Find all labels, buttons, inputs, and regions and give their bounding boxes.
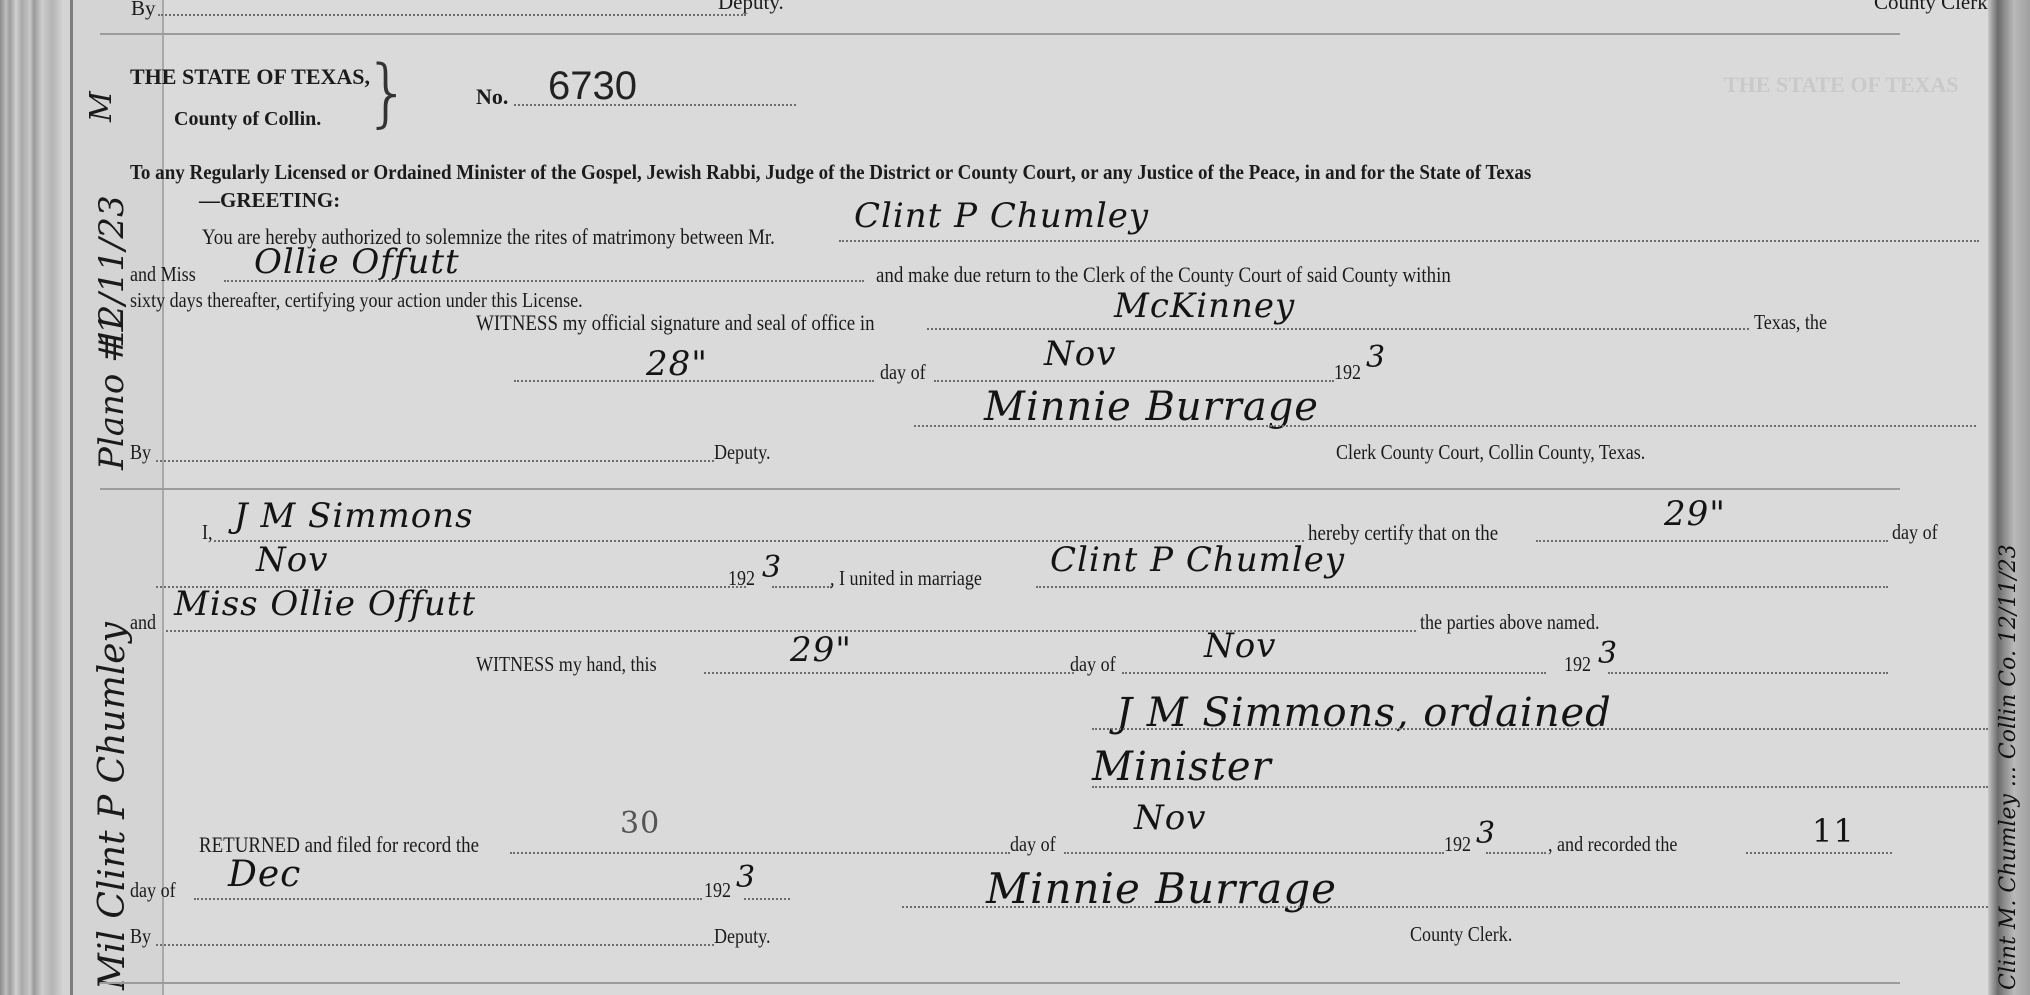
license-number: 6730 xyxy=(548,64,637,109)
book-binding-left xyxy=(0,0,62,995)
return-by-line xyxy=(156,944,714,946)
texas-the-label: Texas, the xyxy=(1754,310,1827,335)
filed-year-prefix: 192 xyxy=(1444,832,1471,857)
certificate-bride-name: Miss Ollie Offutt xyxy=(174,584,476,624)
record-page: By Deputy. County Clerk. THE STATE OF TE… xyxy=(164,0,1988,995)
return-by-label: By xyxy=(130,924,151,949)
bleed-through-text: THE STATE OF TEXAS xyxy=(1724,72,1959,98)
issue-year-prefix: 192 xyxy=(1334,360,1361,385)
filed-year-digit: 3 xyxy=(1476,816,1496,851)
return-clerk-line xyxy=(902,906,1988,908)
recorded-day: 11 xyxy=(1812,812,1855,850)
recorded-month: Dec xyxy=(228,854,301,895)
return-deputy-label: Deputy. xyxy=(714,924,771,949)
number-label: No. xyxy=(476,84,508,110)
filed-day-line xyxy=(510,852,1010,854)
clerk-signature-license: Minnie Burrage xyxy=(984,384,1319,430)
groom-name: Clint P Chumley xyxy=(854,196,1149,236)
marriage-year-digit: 3 xyxy=(762,550,782,585)
greeting: —GREETING: xyxy=(199,188,340,213)
recorded-year-digit: 3 xyxy=(736,860,756,895)
issue-day-of-label: day of xyxy=(880,360,926,385)
address-line: To any Regularly Licensed or Ordained Mi… xyxy=(130,160,1531,185)
officiant-signature-line2: Minister xyxy=(1092,744,1272,790)
section-divider xyxy=(100,33,1900,35)
prior-clerk-label: County Clerk. xyxy=(1874,0,1993,15)
office-city: McKinney xyxy=(1114,286,1295,326)
groom-line xyxy=(839,240,1979,242)
certificate-groom-line xyxy=(1036,586,1888,588)
return-text: and make due return to the Clerk of the … xyxy=(876,262,1451,288)
and-label: and xyxy=(130,610,156,635)
margin-rule xyxy=(70,0,73,995)
recorded-day-line xyxy=(1746,852,1892,854)
marriage-year-prefix: 192 xyxy=(728,566,755,591)
and-miss-label: and Miss xyxy=(130,262,196,287)
issue-month-line xyxy=(934,380,1334,382)
officiant-name: J M Simmons xyxy=(234,496,474,536)
issue-day: 28" xyxy=(646,344,708,384)
witness-day-line xyxy=(704,672,1074,674)
witness-office-text: WITNESS my official signature and seal o… xyxy=(476,310,875,336)
witness-month: Nov xyxy=(1204,626,1276,666)
license-deputy-label: Deputy. xyxy=(714,440,771,465)
right-edge-note: Clint M. Chumley ... Collin Co. 12/11/23 xyxy=(1996,544,2021,990)
marriage-month: Nov xyxy=(256,540,328,580)
state-header: THE STATE OF TEXAS, xyxy=(130,64,370,90)
marriage-year-line xyxy=(772,586,832,588)
county-header: County of Collin. xyxy=(174,108,321,131)
filed-day-of-label: day of xyxy=(1010,832,1056,857)
recorded-text: , and recorded the xyxy=(1548,832,1677,857)
recorded-year-line xyxy=(744,898,790,900)
recorded-month-line xyxy=(194,898,702,900)
officiant-signature-rule1 xyxy=(1092,728,1988,730)
prior-deputy-label: Deputy. xyxy=(718,0,784,15)
prior-by-line xyxy=(158,14,746,16)
filed-month-line xyxy=(1064,852,1444,854)
margin-note-name: Mil Clint P Chumley xyxy=(92,622,133,990)
i-label: I, xyxy=(202,520,213,545)
brace-glyph: } xyxy=(364,50,411,136)
witness-day: 29" xyxy=(790,630,852,670)
united-text: , I united in marriage xyxy=(830,566,982,591)
witness-hand-text: WITNESS my hand, this xyxy=(476,652,657,677)
witness-year-digit: 3 xyxy=(1598,636,1618,671)
section-divider xyxy=(100,488,1900,490)
marriage-day-of-label: day of xyxy=(1892,520,1938,545)
witness-day-of-label: day of xyxy=(1070,652,1116,677)
officiant-signature-rule2 xyxy=(1092,786,1988,788)
witness-year-line xyxy=(1608,672,1888,674)
filed-year-line xyxy=(1486,852,1546,854)
license-by-line xyxy=(156,460,714,462)
marriage-day-line xyxy=(1536,540,1888,542)
filed-month: Nov xyxy=(1134,798,1206,838)
clerk-signature-line xyxy=(914,425,1976,427)
issue-year-digit: 3 xyxy=(1366,340,1386,375)
section-divider xyxy=(100,982,1900,984)
witness-year-prefix: 192 xyxy=(1564,652,1591,677)
clerk-title: Clerk County Court, Collin County, Texas… xyxy=(1336,440,1645,465)
margin-note-top-fragment: M xyxy=(84,91,119,122)
bride-name: Ollie Offutt xyxy=(254,242,460,282)
marriage-day: 29" xyxy=(1664,494,1726,534)
issue-month: Nov xyxy=(1044,334,1116,374)
witness-month-line xyxy=(1122,672,1546,674)
return-clerk-label: County Clerk. xyxy=(1410,922,1512,947)
margin-note-location: Plano #1 xyxy=(92,313,132,470)
certificate-groom-name: Clint P Chumley xyxy=(1050,540,1345,580)
license-by-label: By xyxy=(130,440,151,465)
office-line xyxy=(927,328,1749,330)
recorded-year-prefix: 192 xyxy=(704,878,731,903)
parties-text: the parties above named. xyxy=(1420,610,1600,635)
recorded-day-of-label: day of xyxy=(130,878,176,903)
filed-day: 30 xyxy=(620,806,660,841)
prior-by-label: By xyxy=(131,0,156,21)
